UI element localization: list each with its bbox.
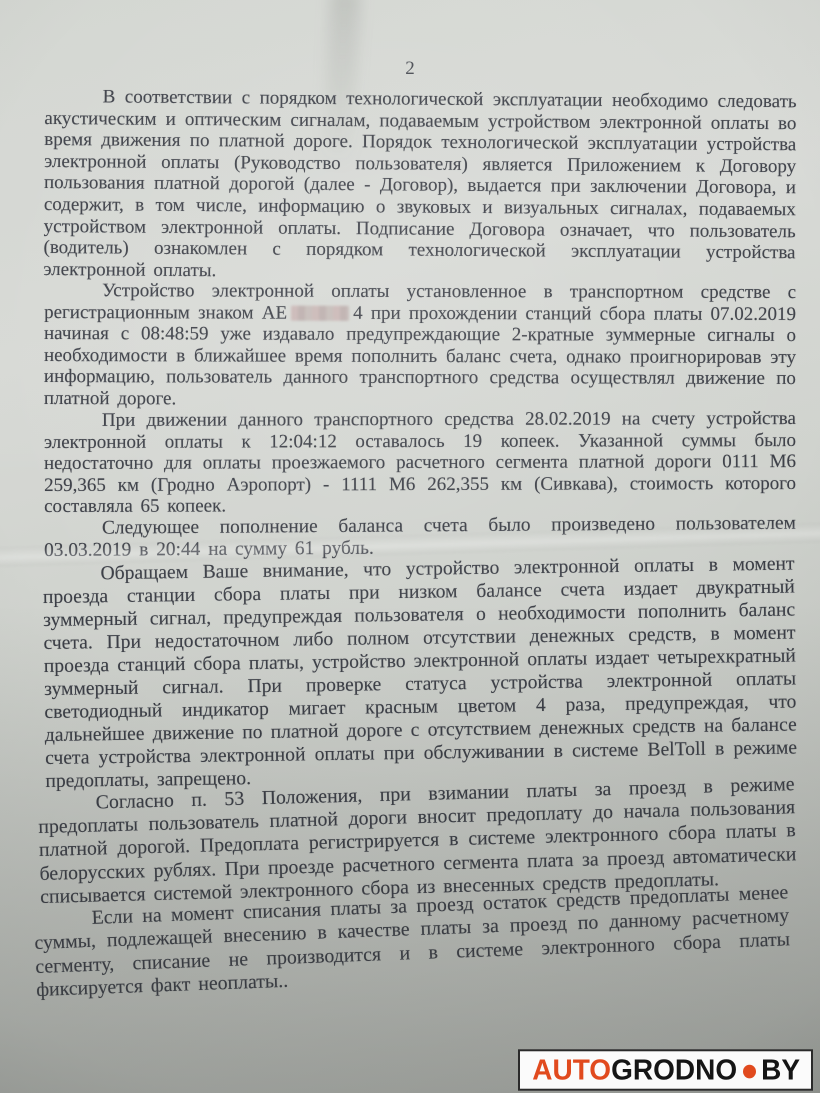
- redacted-plate-blur: [291, 306, 349, 321]
- page-number: 2: [0, 58, 820, 80]
- paragraph-vehicle-device: Устройство электронной оплаты установлен…: [44, 280, 796, 412]
- watermark-auto: AUTO: [532, 1053, 611, 1086]
- document-body: В соответствии с порядком технологическо…: [0, 86, 820, 1002]
- watermark-grodno: GRODNO: [611, 1053, 737, 1086]
- paragraph-intro: В соответствии с порядком технологическо…: [43, 86, 796, 286]
- autogrodno-watermark: AUTOGRODNOBY: [518, 1049, 813, 1091]
- document-photo: 2 В соответствии с порядком технологичес…: [0, 0, 820, 1093]
- orange-dot-icon: [743, 1064, 756, 1078]
- paragraph-signal-explanation: Обращаем Ваше внимание, что устройство э…: [42, 552, 797, 792]
- watermark-by: BY: [761, 1053, 800, 1086]
- paragraph-balance-19-kopecks: При движении данного транспортного средс…: [44, 408, 796, 518]
